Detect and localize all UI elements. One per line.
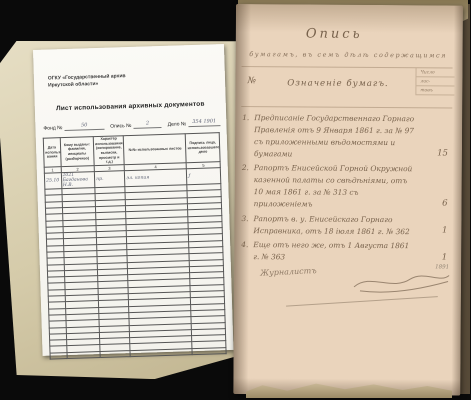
opis-value-line: 2 bbox=[133, 120, 162, 129]
horizontal-rule bbox=[241, 106, 452, 108]
entry-number: 4. bbox=[241, 239, 248, 251]
cell-character: пр. bbox=[94, 171, 125, 188]
entry-leaf-count: 1 bbox=[442, 224, 448, 238]
entry-number: 1. bbox=[242, 112, 249, 124]
cell-signature: ƒ bbox=[187, 168, 221, 185]
entry-text: Рапортъ Енисейской Горной Окружной казен… bbox=[254, 164, 413, 209]
cell-date: 25.10 bbox=[44, 173, 61, 190]
opis-entry: 1.Предписанiе Государственнаго Горнаго П… bbox=[243, 112, 416, 161]
count-header-line: лис- bbox=[416, 77, 454, 86]
entry-number: 3. bbox=[241, 213, 248, 225]
usage-form-page: ОГКУ «Государственный архив Иркутской об… bbox=[33, 44, 234, 356]
opis-title: Опись bbox=[236, 26, 433, 42]
fond-value-line: 50 bbox=[64, 122, 104, 131]
delo-value-handwriting: 354 1901 bbox=[192, 118, 216, 125]
fond-value-handwriting: 50 bbox=[81, 122, 88, 128]
header-leaf-numbers: №№ использованных листов bbox=[124, 134, 187, 165]
count-header-line: Число bbox=[416, 68, 454, 77]
usage-table-body: 25.10 2021 Багданова Н.В. пр. эл. копия … bbox=[44, 168, 226, 359]
opis-subtitle: бумагамъ, въ семъ дѣлѣ содержащимся bbox=[244, 50, 453, 59]
opis-entries: 1.Предписанiе Государственнаго Горнаго П… bbox=[242, 112, 416, 267]
opis-col-count-header: Числолис-товъ bbox=[415, 68, 454, 95]
count-header-line: товъ bbox=[416, 86, 454, 95]
entry-text: Рапортъ в. у. Енисейскаго Горнаго Исправ… bbox=[253, 214, 409, 236]
entry-leaf-count: 6 bbox=[442, 198, 448, 212]
header-date: Дата использо- вания bbox=[43, 138, 60, 168]
entry-leaf-count: 15 bbox=[437, 147, 448, 161]
delo-value-line: 354 1901 bbox=[188, 118, 220, 127]
entry-number: 2. bbox=[242, 162, 249, 174]
archive-org-name: ОГКУ «Государственный архив Иркутской об… bbox=[48, 73, 126, 89]
entry-text: Еще отъ него же, отъ 1 Августа 1861 г. №… bbox=[253, 241, 409, 262]
manuscript-page: Опись бумагамъ, въ семъ дѣлѣ содержащимс… bbox=[233, 4, 463, 396]
form-fields-row: Фонд № 50 Опись № 2 Дело № 354 1901 bbox=[43, 118, 220, 132]
archival-photo-canvas: ОГКУ «Государственный архив Иркутской об… bbox=[0, 0, 471, 400]
pencil-note: 1891 bbox=[435, 264, 449, 270]
delo-label: Дело № bbox=[168, 121, 187, 128]
opis-label: Опись № bbox=[110, 123, 131, 130]
opis-col-no: № bbox=[247, 76, 256, 86]
opis-value-handwriting: 2 bbox=[146, 120, 149, 126]
opis-entry: 3.Рапортъ в. у. Енисейскаго Горнаго Испр… bbox=[242, 213, 415, 238]
usage-table: Дата использо- вания Кому выданы: фамили… bbox=[43, 132, 227, 359]
fond-label: Фонд № bbox=[43, 125, 62, 132]
form-title: Лист использования архивных документов bbox=[35, 100, 226, 113]
entry-text: Предписанiе Государственнаго Горнаго Пра… bbox=[254, 113, 414, 158]
header-signature: Подпись лица, использовавшего дело bbox=[186, 133, 221, 163]
signature-label: Журналистъ bbox=[260, 266, 317, 278]
opis-col-description: Означенiе бумагъ. bbox=[269, 78, 406, 89]
opis-entry: 2.Рапортъ Енисейской Горной Окружной каз… bbox=[243, 162, 416, 211]
header-usage-character: Характер использования (копирование, вып… bbox=[93, 136, 124, 166]
cell-leaves: эл. копия bbox=[125, 169, 187, 187]
cell-who: 2021 Багданова Н.В. bbox=[61, 172, 95, 189]
header-issued-to: Кому выданы: фамилия, инициалы (разборчи… bbox=[60, 137, 94, 167]
entry-leaf-count: 1 bbox=[442, 251, 448, 265]
opis-entry: 4.Еще отъ него же, отъ 1 Августа 1861 г.… bbox=[242, 239, 415, 264]
org-line-2: Иркутской области» bbox=[48, 80, 126, 89]
